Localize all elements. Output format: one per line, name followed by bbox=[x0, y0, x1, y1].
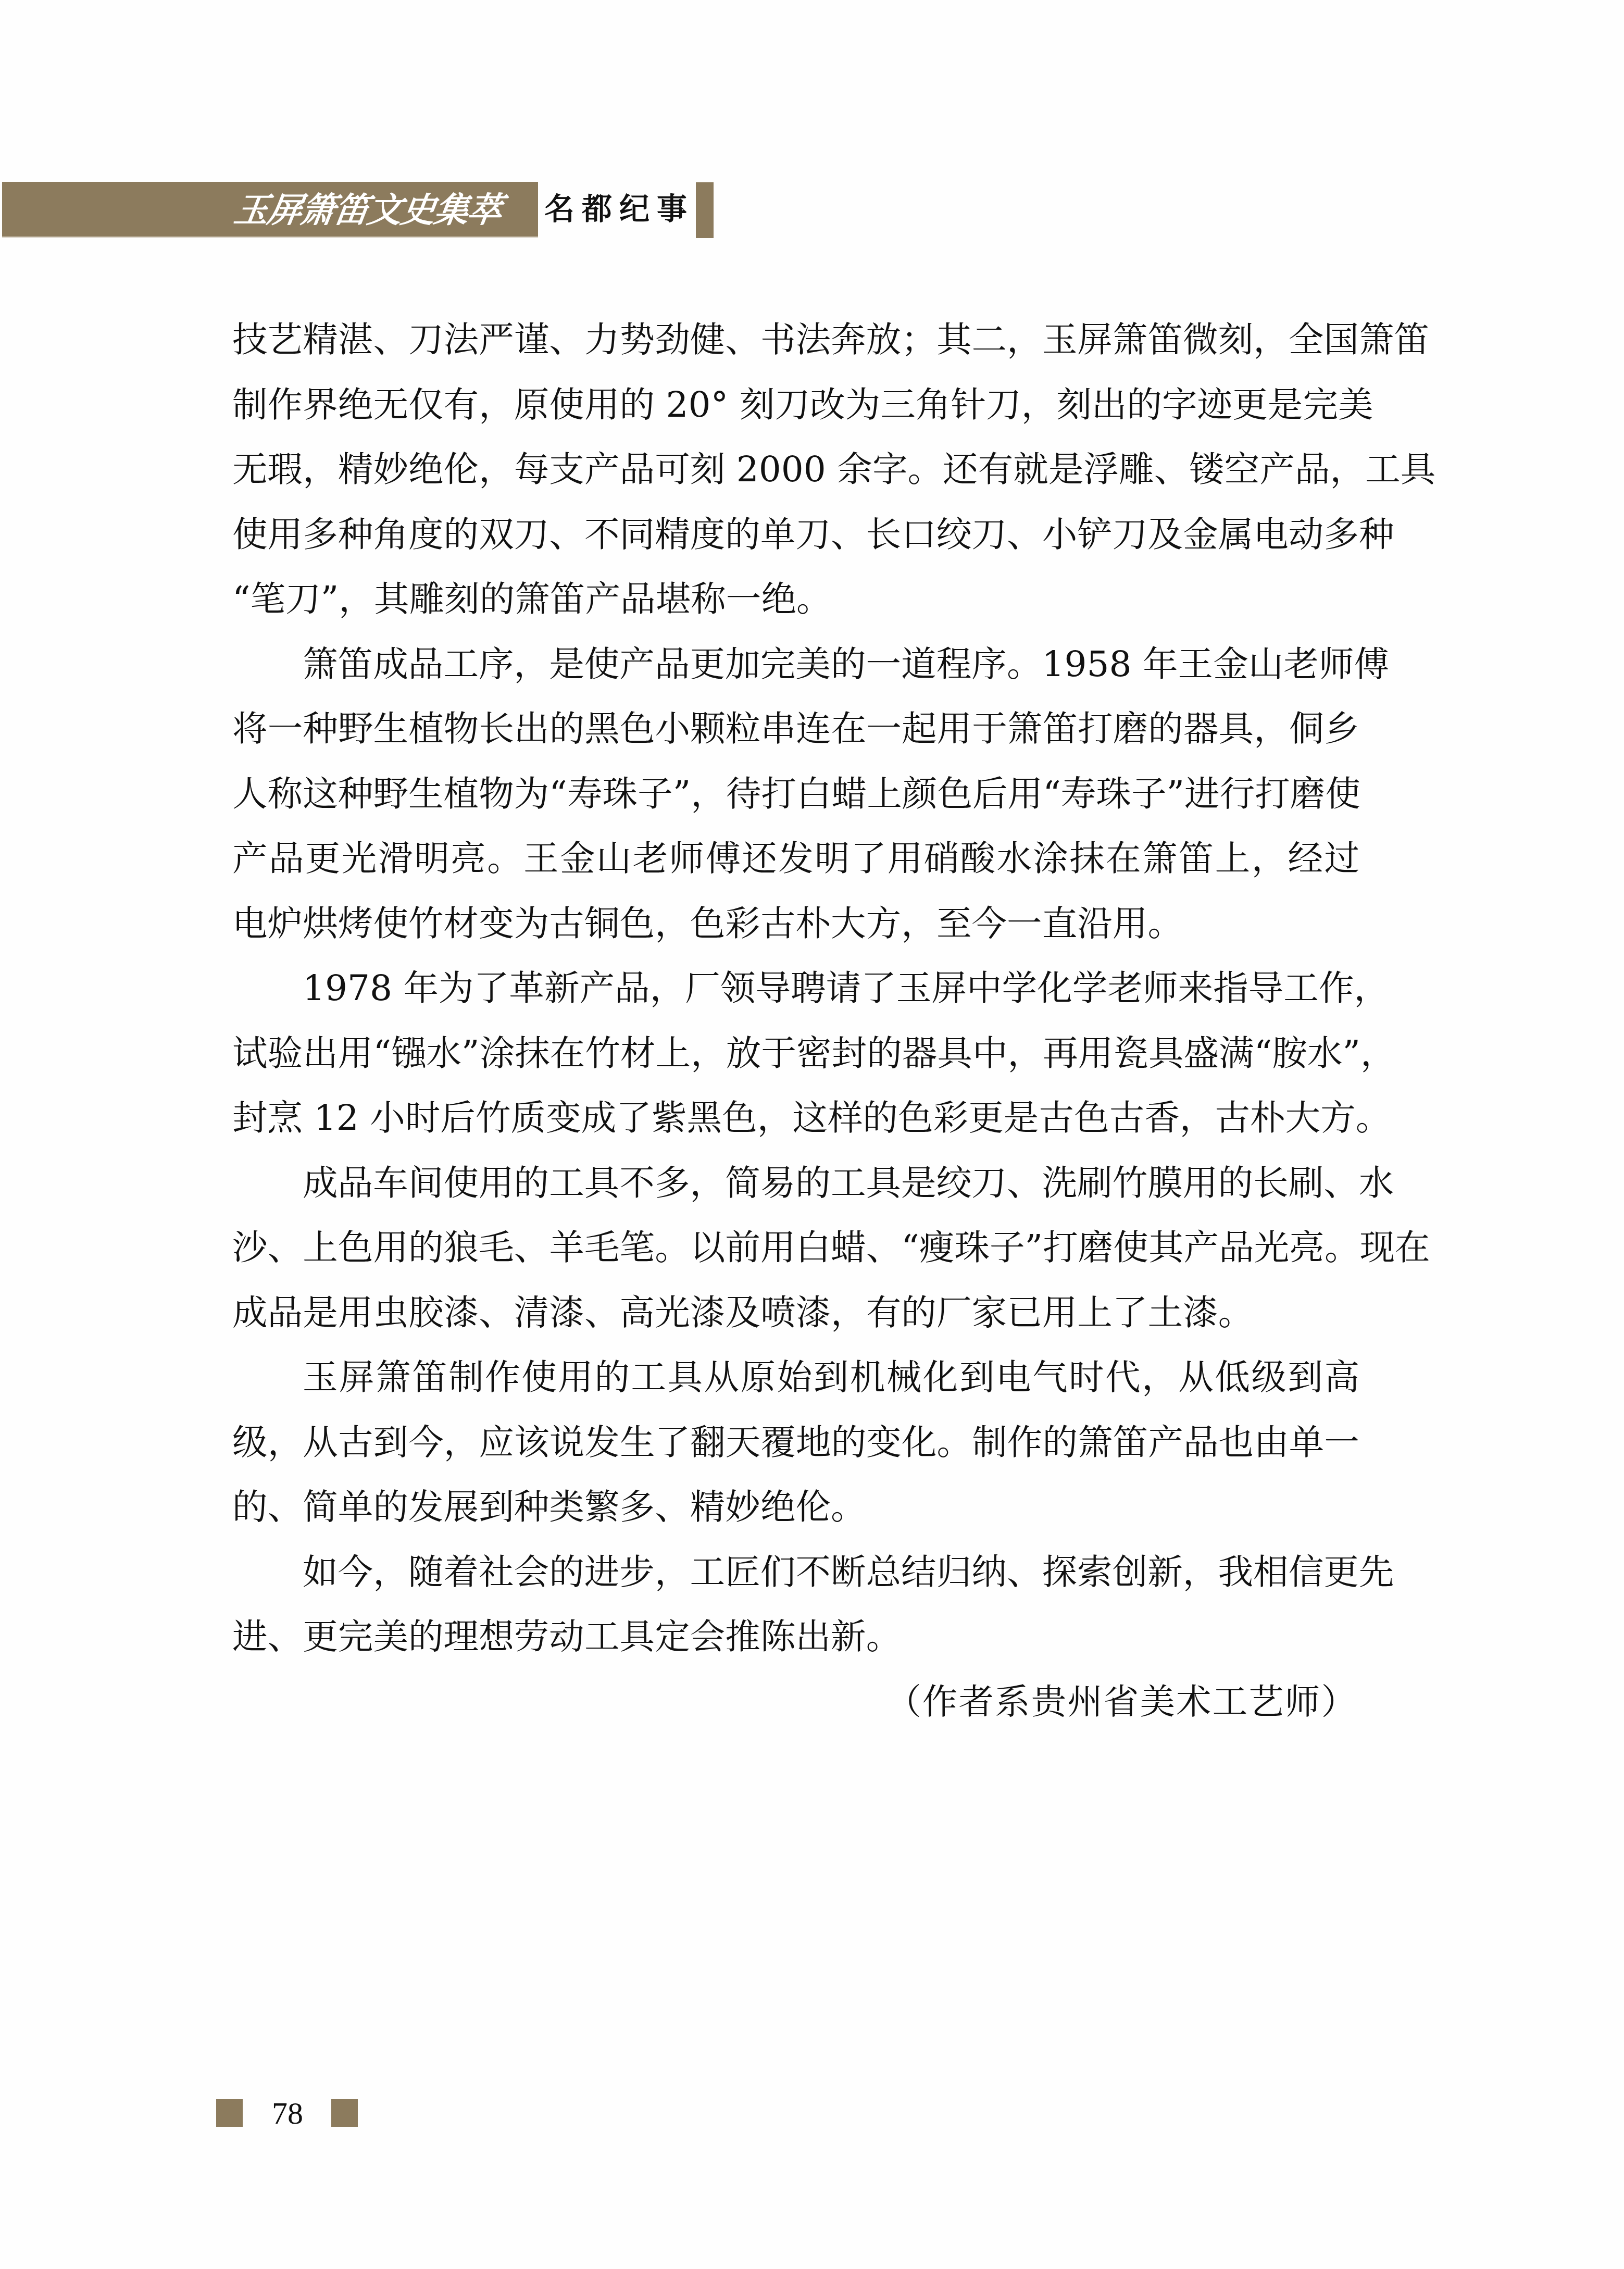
text-line: 使用多种角度的双刀、不同精度的单刀、长口绞刀、小铲刀及金属电动多种 bbox=[232, 502, 1359, 567]
text-line: 沙、上色用的狼毛、羊毛笔。以前用白蜡、“瘦珠子”打磨使其产品光亮。现在 bbox=[232, 1215, 1359, 1280]
header-tab-decoration bbox=[696, 182, 714, 238]
text-line: 成品车间使用的工具不多，简易的工具是绞刀、洗刷竹膜用的长刷、水 bbox=[232, 1151, 1359, 1216]
article-body: 技艺精湛、刀法严谨、力势劲健、书法奔放；其二，玉屏箫笛微刻，全国箫笛 制作界绝无… bbox=[232, 307, 1359, 1734]
section-title: 名都纪事 bbox=[544, 188, 694, 231]
folio-square-left bbox=[216, 2099, 243, 2127]
text-line: 无瑕，精妙绝伦，每支产品可刻 2000 余字。还有就是浮雕、镂空产品，工具 bbox=[232, 437, 1359, 502]
text-line: 成品是用虫胶漆、清漆、高光漆及喷漆，有的厂家已用上了土漆。 bbox=[232, 1280, 1359, 1345]
text-line: 级，从古到今，应该说发生了翻天覆地的变化。制作的箫笛产品也由单一 bbox=[232, 1410, 1359, 1475]
text-line: 技艺精湛、刀法严谨、力势劲健、书法奔放；其二，玉屏箫笛微刻，全国箫笛 bbox=[232, 307, 1359, 372]
paragraph: 箫笛成品工序，是使产品更加完美的一道程序。1958 年王金山老师傅 将一种野生植… bbox=[232, 632, 1359, 956]
paragraph: 成品车间使用的工具不多，简易的工具是绞刀、洗刷竹膜用的长刷、水 沙、上色用的狼毛… bbox=[232, 1151, 1359, 1345]
text-line: 玉屏箫笛制作使用的工具从原始到机械化到电气时代，从低级到高 bbox=[232, 1345, 1359, 1410]
text-line: 进、更完美的理想劳动工具定会推陈出新。 bbox=[232, 1604, 1359, 1669]
author-attribution: （作者系贵州省美术工艺师） bbox=[232, 1669, 1359, 1735]
page-number: 78 bbox=[269, 2095, 306, 2131]
text-line: 电炉烘烤使竹材变为古铜色，色彩古朴大方，至今一直沿用。 bbox=[232, 891, 1359, 956]
paragraph: 技艺精湛、刀法严谨、力势劲健、书法奔放；其二，玉屏箫笛微刻，全国箫笛 制作界绝无… bbox=[232, 307, 1359, 632]
text-line: 产品更光滑明亮。王金山老师傅还发明了用硝酸水涂抹在箫笛上，经过 bbox=[232, 826, 1359, 891]
series-title-calligraphy: 玉屏箫笛文史集萃 bbox=[231, 188, 498, 232]
text-line: 封烹 12 小时后竹质变成了紫黑色，这样的色彩更是古色古香，古朴大方。 bbox=[232, 1086, 1359, 1151]
text-line: “笔刀”，其雕刻的箫笛产品堪称一绝。 bbox=[232, 567, 1359, 632]
text-line: 将一种野生植物长出的黑色小颗粒串连在一起用于箫笛打磨的器具，侗乡 bbox=[232, 696, 1359, 762]
text-line: 人称这种野生植物为“寿珠子”，待打白蜡上颜色后用“寿珠子”进行打磨使 bbox=[232, 762, 1359, 827]
text-line: 1978 年为了革新产品，厂领导聘请了玉屏中学化学老师来指导工作， bbox=[232, 956, 1359, 1021]
paragraph: 玉屏箫笛制作使用的工具从原始到机械化到电气时代，从低级到高 级，从古到今，应该说… bbox=[232, 1345, 1359, 1540]
text-line: 试验出用“镪水”涂抹在竹材上，放于密封的器具中，再用瓷具盛满“胺水”， bbox=[232, 1021, 1359, 1086]
running-header-bar: 玉屏箫笛文史集萃 bbox=[2, 182, 538, 238]
text-line: 的、简单的发展到种类繁多、精妙绝伦。 bbox=[232, 1475, 1359, 1540]
paragraph: 如今，随着社会的进步，工匠们不断总结归纳、探索创新，我相信更先 进、更完美的理想… bbox=[232, 1540, 1359, 1669]
text-line: 制作界绝无仅有，原使用的 20° 刻刀改为三角针刀，刻出的字迹更是完美 bbox=[232, 372, 1359, 438]
folio-square-right bbox=[331, 2099, 358, 2127]
paragraph: 1978 年为了革新产品，厂领导聘请了玉屏中学化学老师来指导工作， 试验出用“镪… bbox=[232, 956, 1359, 1151]
text-line: 箫笛成品工序，是使产品更加完美的一道程序。1958 年王金山老师傅 bbox=[232, 632, 1359, 697]
text-line: 如今，随着社会的进步，工匠们不断总结归纳、探索创新，我相信更先 bbox=[232, 1540, 1359, 1605]
